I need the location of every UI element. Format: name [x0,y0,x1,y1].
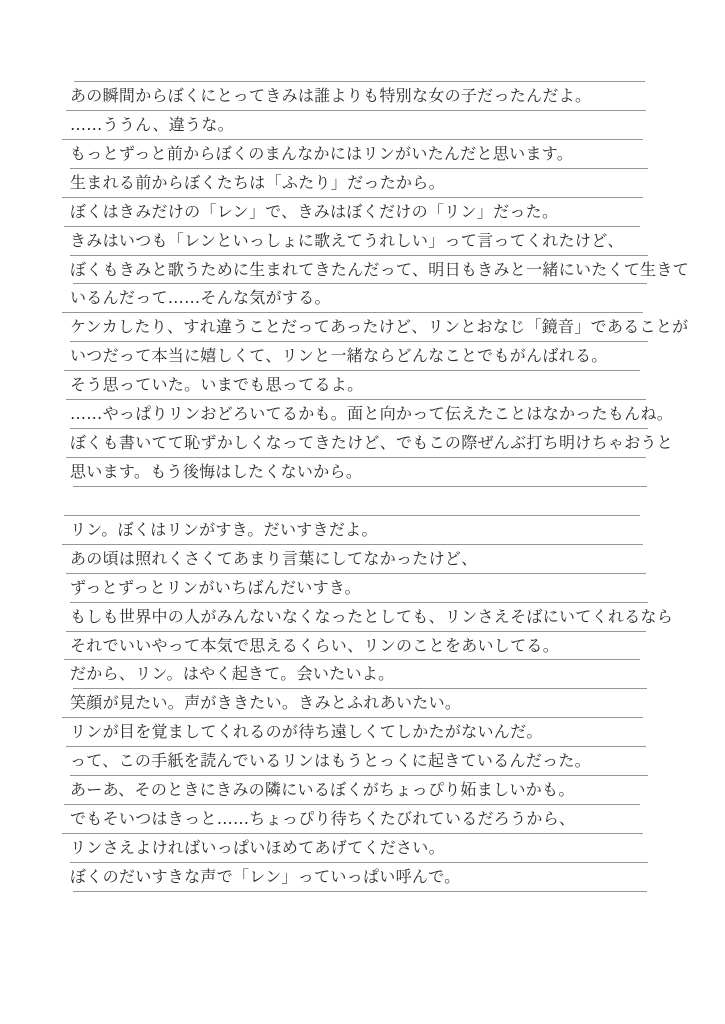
letter-line-text: リンが目を覚ましてくれるのが待ち遠しくてしかたがないんだ。 [62,718,648,747]
letter-line: もっとずっと前からぼくのまんなかにはリンがいたんだと思います。 [62,140,648,169]
letter-line-text: あの瞬間からぼくにとってきみは誰よりも特別な女の子だったんだよ。 [62,82,648,111]
letter-line-text: ……やっぱりリンおどろいてるかも。面と向かって伝えたことはなかったもんね。 [62,400,648,429]
letter-line: あの瞬間からぼくにとってきみは誰よりも特別な女の子だったんだよ。 [62,82,648,111]
letter-line: そう思っていた。いまでも思ってるよ。 [62,371,648,400]
letter-line-text: 生まれる前からぼくたちは「ふたり」だったから。 [62,169,648,198]
letter-line-text: 笑顔が見たい。声がききたい。きみとふれあいたい。 [62,689,648,718]
letter-line-text: リンさえよければいっぱいほめてあげてください。 [62,834,648,863]
letter-line: ぼくのだいすきな声で「レン」っていっぱい呼んで。 [62,863,648,892]
letter-line: でもそいつはきっと……ちょっぴり待ちくたびれているだろうから、 [62,805,648,834]
letter-line-text: ぼくもきみと歌うために生まれてきたんだって、明日もきみと一緒にいたくて生きて [62,256,648,285]
letter-line: リン。ぼくはリンがすき。だいすきだよ。 [62,516,648,545]
letter-paper: あの瞬間からぼくにとってきみは誰よりも特別な女の子だったんだよ。……ううん、違う… [62,82,648,892]
letter-line-text: ずっとずっとリンがいちばんだいすき。 [62,574,648,603]
letter-line-text: きみはいつも「レンといっしょに歌えてうれしい」って言ってくれたけど、 [62,227,648,256]
letter-line: 笑顔が見たい。声がききたい。きみとふれあいたい。 [62,689,648,718]
letter-line: 思います。もう後悔はしたくないから。 [62,458,648,487]
letter-line-text: ぼくのだいすきな声で「レン」っていっぱい呼んで。 [62,863,648,892]
letter-line-text: リン。ぼくはリンがすき。だいすきだよ。 [62,516,648,545]
letter-line-text: って、この手紙を読んでいるリンはもうとっくに起きているんだった。 [62,747,648,776]
letter-line-text: でもそいつはきっと……ちょっぴり待ちくたびれているだろうから、 [62,805,648,834]
letter-line: ぼくもきみと歌うために生まれてきたんだって、明日もきみと一緒にいたくて生きて [62,256,648,285]
letter-line: リンが目を覚ましてくれるのが待ち遠しくてしかたがないんだ。 [62,718,648,747]
letter-line-text: もっとずっと前からぼくのまんなかにはリンがいたんだと思います。 [62,140,648,169]
letter-line-text: だから、リン。はやく起きて。会いたいよ。 [62,660,648,689]
letter-line: それでいいやって本気で思えるくらい、リンのことをあいしてる。 [62,632,648,661]
letter-line-text: いつだって本当に嬉しくて、リンと一緒ならどんなことでもがんばれる。 [62,342,648,371]
letter-line-text: もしも世界中の人がみんないなくなったとしても、リンさえそばにいてくれるなら [62,603,648,632]
letter-line-text: あの頃は照れくさくてあまり言葉にしてなかったけど、 [62,545,648,574]
letter-line-text: ぼくも書いてて恥ずかしくなってきたけど、でもこの際ぜんぶ打ち明けちゃおうと [62,429,648,458]
letter-line-text: いるんだって……そんな気がする。 [62,284,648,313]
letter-line-text: あーあ、そのときにきみの隣にいるぼくがちょっぴり妬ましいかも。 [62,776,648,805]
letter-line-text: それでいいやって本気で思えるくらい、リンのことをあいしてる。 [62,632,648,661]
letter-line: いつだって本当に嬉しくて、リンと一緒ならどんなことでもがんばれる。 [62,342,648,371]
letter-line: もしも世界中の人がみんないなくなったとしても、リンさえそばにいてくれるなら [62,603,648,632]
letter-line: あの頃は照れくさくてあまり言葉にしてなかったけど、 [62,545,648,574]
letter-line: ……やっぱりリンおどろいてるかも。面と向かって伝えたことはなかったもんね。 [62,400,648,429]
letter-line: ずっとずっとリンがいちばんだいすき。 [62,574,648,603]
letter-line: ……ううん、違うな。 [62,111,648,140]
letter-line: ケンカしたり、すれ違うことだってあったけど、リンとおなじ「鏡音」であることが [62,313,648,342]
letter-line: リンさえよければいっぱいほめてあげてください。 [62,834,648,863]
letter-line: だから、リン。はやく起きて。会いたいよ。 [62,660,648,689]
letter-line-text: ケンカしたり、すれ違うことだってあったけど、リンとおなじ「鏡音」であることが [62,313,648,342]
letter-line: いるんだって……そんな気がする。 [62,284,648,313]
letter-line: あーあ、そのときにきみの隣にいるぼくがちょっぴり妬ましいかも。 [62,776,648,805]
letter-empty-line [62,487,648,516]
letter-line: って、この手紙を読んでいるリンはもうとっくに起きているんだった。 [62,747,648,776]
letter-line-text: ぼくはきみだけの「レン」で、きみはぼくだけの「リン」だった。 [62,198,648,227]
letter-line-text: そう思っていた。いまでも思ってるよ。 [62,371,648,400]
letter-line: ぼくはきみだけの「レン」で、きみはぼくだけの「リン」だった。 [62,198,648,227]
letter-line: ぼくも書いてて恥ずかしくなってきたけど、でもこの際ぜんぶ打ち明けちゃおうと [62,429,648,458]
letter-line-text: 思います。もう後悔はしたくないから。 [62,458,648,487]
letter-line-text: ……ううん、違うな。 [62,111,648,140]
letter-line: 生まれる前からぼくたちは「ふたり」だったから。 [62,169,648,198]
letter-page: あの瞬間からぼくにとってきみは誰よりも特別な女の子だったんだよ。……ううん、違う… [0,0,725,1024]
letter-line: きみはいつも「レンといっしょに歌えてうれしい」って言ってくれたけど、 [62,227,648,256]
